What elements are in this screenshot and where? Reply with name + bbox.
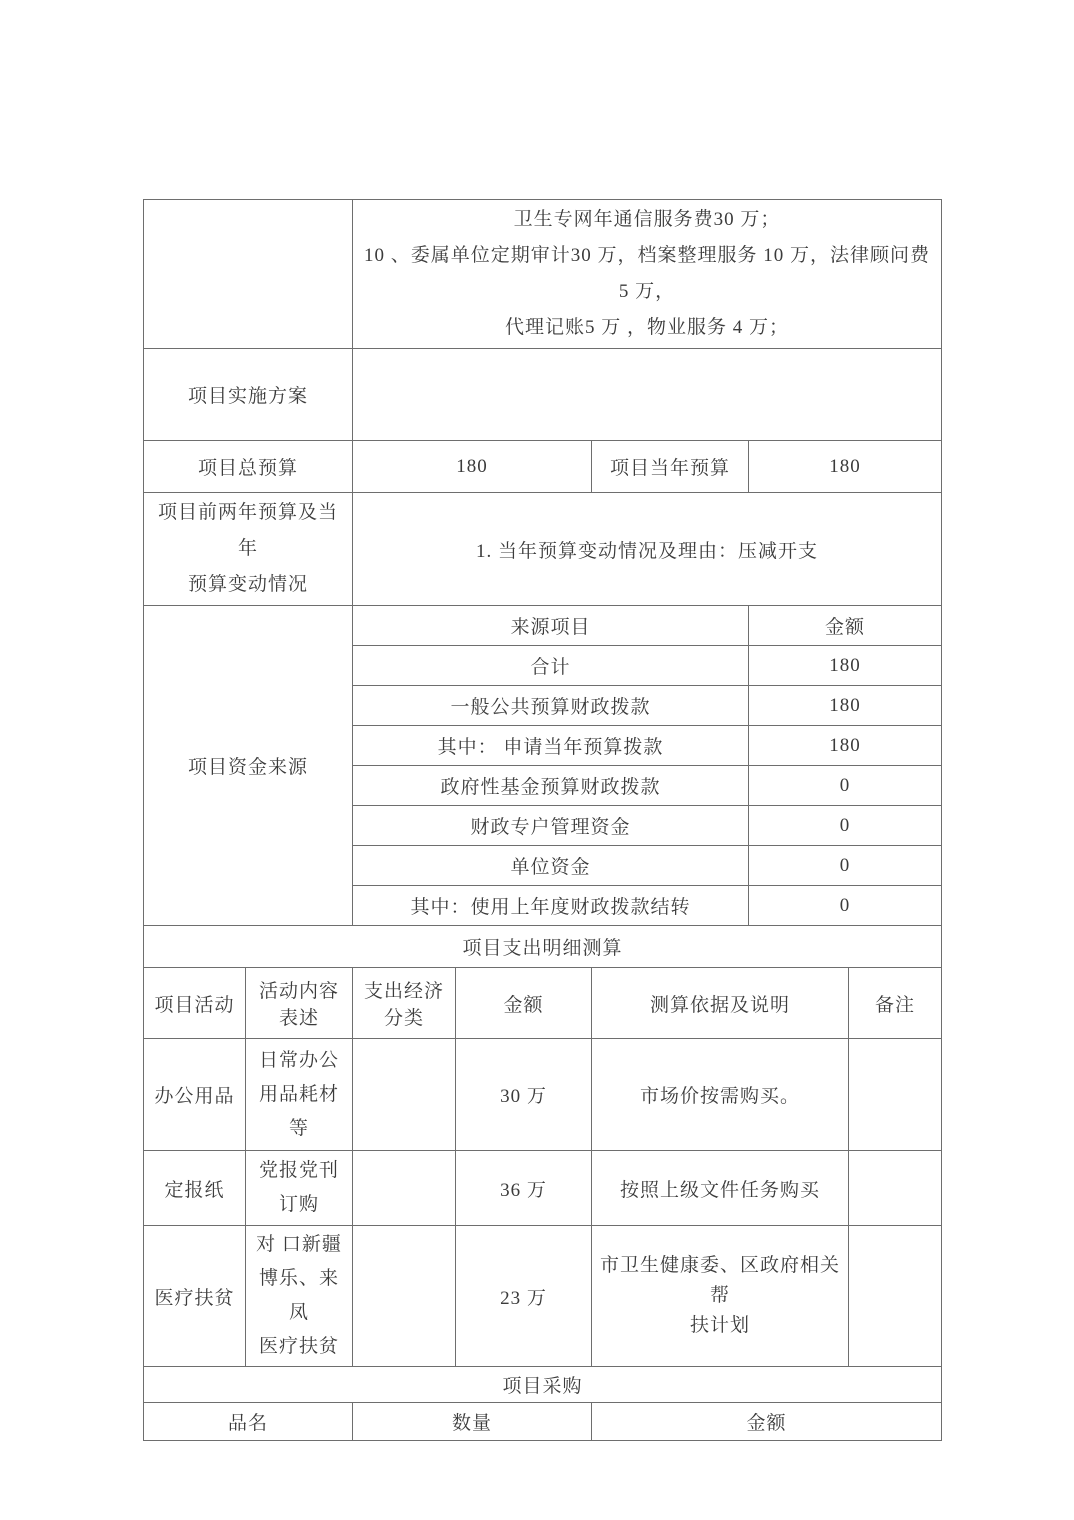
funding-header-amount: 金额 <box>749 606 942 646</box>
detail-basis: 市场价按需购买。 <box>592 1039 849 1151</box>
current-year-budget-value: 180 <box>749 441 942 493</box>
funding-item-name: 单位资金 <box>353 846 749 886</box>
current-year-budget-label: 项目当年预算 <box>592 441 749 493</box>
detail-category <box>353 1039 456 1151</box>
detail-activity: 医疗扶贫 <box>144 1226 246 1367</box>
detail-amount: 36 万 <box>456 1151 592 1226</box>
detail-note <box>849 1151 942 1226</box>
detail-content: 党报党刊 订购 <box>246 1151 353 1226</box>
funding-item-amount: 180 <box>749 646 942 686</box>
procurement-header-amount: 金额 <box>592 1403 942 1441</box>
funding-item-name: 其中： 申请当年预算拨款 <box>353 726 749 766</box>
detail-header-activity: 项目活动 <box>144 968 246 1039</box>
prior-budget-label: 项目前两年预算及当年 预算变动情况 <box>144 493 353 606</box>
detail-note <box>849 1226 942 1367</box>
funding-item-amount: 0 <box>749 766 942 806</box>
funding-item-amount: 0 <box>749 846 942 886</box>
detail-header-content: 活动内容表述 <box>246 968 353 1039</box>
funding-item-amount: 180 <box>749 726 942 766</box>
expense-notes-continuation: 卫生专网年通信服务费30 万； 10 、委属单位定期审计30 万，档案整理服务 … <box>353 200 942 349</box>
detail-activity: 办公用品 <box>144 1039 246 1151</box>
procurement-title: 项目采购 <box>144 1367 942 1403</box>
funding-item-name: 财政专户管理资金 <box>353 806 749 846</box>
detail-note <box>849 1039 942 1151</box>
procurement-header-quantity: 数量 <box>353 1403 592 1441</box>
detail-amount: 23 万 <box>456 1226 592 1367</box>
funding-item-name: 其中：使用上年度财政拨款结转 <box>353 886 749 926</box>
detail-basis: 按照上级文件任务购买 <box>592 1151 849 1226</box>
implementation-plan-value <box>353 349 942 441</box>
funding-source-label: 项目资金来源 <box>144 606 353 926</box>
funding-item-name: 政府性基金预算财政拨款 <box>353 766 749 806</box>
detail-header-basis: 测算依据及说明 <box>592 968 849 1039</box>
detail-basis: 市卫生健康委、区政府相关帮 扶计划 <box>592 1226 849 1367</box>
detail-header-note: 备注 <box>849 968 942 1039</box>
detail-header-category: 支出经济分类 <box>353 968 456 1039</box>
prior-budget-value: 1. 当年预算变动情况及理由：压减开支 <box>353 493 942 606</box>
funding-item-amount: 180 <box>749 686 942 726</box>
expense-detail-title: 项目支出明细测算 <box>144 926 942 968</box>
implementation-plan-label: 项目实施方案 <box>144 349 353 441</box>
detail-category <box>353 1151 456 1226</box>
detail-content: 日常办公 用品耗材 等 <box>246 1039 353 1151</box>
detail-activity: 定报纸 <box>144 1151 246 1226</box>
budget-table: 卫生专网年通信服务费30 万； 10 、委属单位定期审计30 万，档案整理服务 … <box>143 199 942 1441</box>
funding-item-amount: 0 <box>749 886 942 926</box>
detail-amount: 30 万 <box>456 1039 592 1151</box>
detail-content: 对 口新疆 博乐、来凤 医疗扶贫 <box>246 1226 353 1367</box>
empty-label-cell <box>144 200 353 349</box>
funding-item-name: 一般公共预算财政拨款 <box>353 686 749 726</box>
detail-header-amount: 金额 <box>456 968 592 1039</box>
total-budget-value: 180 <box>353 441 592 493</box>
document-page: 卫生专网年通信服务费30 万； 10 、委属单位定期审计30 万，档案整理服务 … <box>0 0 1074 1520</box>
funding-header-source: 来源项目 <box>353 606 749 646</box>
funding-item-name: 合计 <box>353 646 749 686</box>
detail-category <box>353 1226 456 1367</box>
funding-item-amount: 0 <box>749 806 942 846</box>
total-budget-label: 项目总预算 <box>144 441 353 493</box>
procurement-header-item: 品名 <box>144 1403 353 1441</box>
